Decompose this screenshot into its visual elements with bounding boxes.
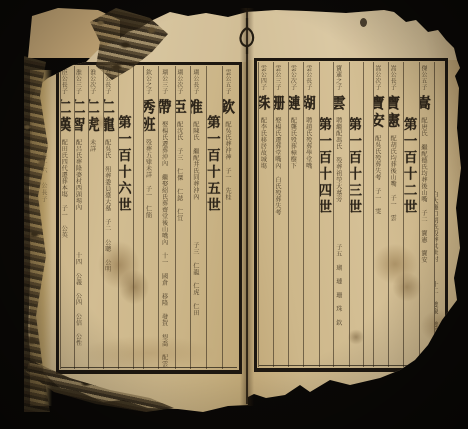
generation-header-column: 第一百十六世	[118, 66, 133, 369]
person-column: 雲公長子瑚聘趙氏殁葬學堂嘴	[303, 62, 318, 367]
person-column: 雲公次子璉配龔氏殁葬樟樹下	[288, 62, 303, 367]
biographical-annotation: 配吳氏葬沖神 子一 先桂	[224, 121, 231, 201]
person-column: 傑公五子嵩配唐氏 繼配德氏均葬後山嘴 子二 寶憲 寶安	[419, 62, 434, 367]
biographical-annotation: 配龔氏殁葬樟樹下	[289, 117, 296, 169]
parentage-label: 雲公長子	[305, 65, 312, 91]
person-column: 欽公之子秀班殁葬五殔未詳 子一 仁簡	[143, 66, 158, 369]
person-column: 臣公長子仁漢配田氏四代遷葬本塲 子一 公英	[60, 66, 74, 369]
biographical-annotation: 配唐氏 繼配德氏均葬後山嘴 子二 寶憲 寶安	[420, 117, 427, 263]
person-name: 雲	[333, 95, 346, 113]
person-name: 仁虎	[88, 99, 100, 134]
person-column: 瑚公三子帶娶楊氏遷葬沖內 繼娶紹氏葬齋堂後山嘴內 十一 國倉 移隆 發賀 望喬 …	[158, 66, 174, 369]
person-name: 仁龍	[103, 99, 116, 134]
frame-inner-rule	[61, 367, 237, 368]
person-column: 瑚公次子臣配沈氏 子三 仁傑 仁鋕 仁冝	[175, 66, 190, 369]
person-name: 嵩	[419, 95, 432, 113]
spacer-column	[133, 66, 143, 369]
parentage-label: 雲公次子	[289, 65, 296, 91]
person-name: 帶	[158, 99, 172, 117]
right-page-printed-frame: 白大廳口胡氏殁葬其世村十二 雙聚 雙受傑公五子嵩配唐氏 繼配德氏均葬後山嘴 子二…	[254, 58, 448, 372]
biographical-annotation: 配沈氏 子三 仁傑 仁鋕 仁冝	[176, 121, 183, 222]
parentage-label: 寶憲之子	[335, 65, 342, 91]
right-page-paper: 白大廳口胡氏殁葬其世村十二 雙聚 雙受傑公五子嵩配唐氏 繼配德氏均葬後山嘴 子二…	[246, 8, 462, 408]
right-page-top-margin	[246, 8, 462, 60]
person-name: 欽	[222, 99, 236, 117]
generation-header-column: 第一百十二世	[403, 62, 418, 367]
frame-inner-rule	[259, 365, 443, 366]
biographical-annotation: 配陳氏 繼配井氏同葬沖內	[192, 121, 199, 200]
person-name: 璉	[288, 95, 301, 113]
parentage-label: 淮公次子	[89, 69, 96, 95]
generation-header-text: 第一百十五世	[206, 115, 220, 214]
right-page-columns: 白大廳口胡氏殁葬其世村十二 雙聚 雙受傑公五子嵩配唐氏 繼配德氏均葬後山嘴 子二…	[258, 62, 444, 367]
generation-header-column: 第一百十三世	[349, 62, 364, 367]
edge-annotation-column: 白大廳口胡氏殁葬其世村十二 雙聚 雙受	[434, 62, 444, 367]
person-name: 仁漢	[60, 99, 72, 134]
person-column: 雲公四子珠配李氏移居故城塲	[258, 62, 273, 367]
person-name: 瑚	[303, 95, 316, 113]
biographical-annotation: 配吳氏 殂葬委員臺大墓 子二 公聰 公明	[104, 139, 111, 272]
person-name: 淮	[190, 99, 204, 117]
person-column: 淮公長子仁龍配吳氏 殂葬委員臺大墓 子二 公聰 公明	[103, 66, 118, 369]
descendants-list-annotation: 子五 瑚 璉 珊 珠 欽	[335, 244, 342, 326]
binding-wire-icon	[235, 18, 259, 54]
biographical-annotation: 配李氏移居故城塲	[259, 117, 266, 169]
parentage-label: 嵩公次子	[374, 65, 381, 91]
biographical-annotation: 聘趙氏殁葬學堂嘴	[305, 117, 312, 169]
generation-header-column: 第一百十四世	[319, 62, 334, 367]
person-name: 秀班	[143, 99, 156, 134]
biographical-annotation: 配吳氏殁葬失考 子一 雯	[374, 135, 381, 215]
person-column: 嵩公長子寶憲配胡氏均葬後山嘴 子一 雲	[388, 62, 403, 367]
biographical-annotation: 聘繼配馮氏 殁葬祖塋大墓旁	[335, 117, 342, 202]
biographical-annotation: 配田氏四代遷葬本塲 子一 公英	[60, 139, 67, 238]
person-name: 寶憲	[388, 95, 401, 130]
biographical-annotation: 殁葬五殔未詳 子一 仁簡	[144, 139, 151, 219]
left-page-paper: 雲公五子欽配吳氏葬沖神 子一 先桂第一百十五世瑚公長子淮配陳氏 繼配井氏同葬沖內…	[28, 10, 248, 414]
generation-header-text: 第一百十二世	[403, 117, 416, 216]
left-page-printed-frame: 雲公五子欽配吳氏葬沖神 子一 先桂第一百十五世瑚公長子淮配陳氏 繼配井氏同葬沖內…	[56, 62, 242, 374]
parentage-label: 瑚公三子	[161, 69, 168, 95]
descendants-list-annotation: 十四 公義 公四 公信 公性	[74, 252, 81, 346]
spacer-column	[363, 62, 373, 367]
parentage-label: 臣公長子	[60, 69, 67, 95]
person-column: 雲公三子珊娶楊氏遷葬堂嘴內 白氏殁葬失考	[273, 62, 288, 367]
descendants-list-annotation: 子三 仁龍 仁虎 仁田	[192, 242, 199, 316]
person-name: 仁智	[74, 99, 86, 134]
person-column: 淮公次子仁虎未詳	[88, 66, 102, 369]
biographical-annotation: 配胡氏均葬後山嘴 子一 雲	[389, 135, 396, 221]
parentage-label: 瑚公次子	[176, 69, 183, 95]
biographical-annotation: 娶楊氏遷葬堂嘴內 白氏殁葬失考	[274, 117, 281, 215]
person-name: 珊	[273, 95, 286, 113]
person-name: 臣	[175, 99, 188, 117]
parentage-label: 雲公四子	[259, 65, 266, 91]
parentage-label: 雲公三子	[274, 65, 281, 91]
person-column: 雲公五子欽配吳氏葬沖神 子一 先桂	[222, 66, 238, 369]
parentage-label: 欽公之子	[144, 69, 151, 95]
generation-header-text: 第一百十六世	[118, 115, 131, 214]
parentage-label: 淮公三子	[74, 69, 81, 95]
person-name: 寶安	[373, 95, 386, 130]
edge-annotation-text: 白大廳口胡氏殁葬其世村	[434, 191, 438, 263]
edge-annotation-text: 十二 雙聚 雙受	[434, 281, 438, 335]
person-column: 寶憲之子雲聘繼配馮氏 殁葬祖塋大墓旁子五 瑚 璉 珊 珠 欽	[333, 62, 348, 367]
person-column: 瑚公長子淮配陳氏 繼配井氏同葬沖內子三 仁龍 仁虎 仁田	[190, 66, 206, 369]
parentage-label: 傑公五子	[420, 65, 427, 91]
generation-header-text: 第一百十四世	[319, 117, 332, 216]
generation-header-text: 第一百十三世	[349, 117, 362, 216]
photo-of-genealogy-book: 雲公五子欽配吳氏葬沖神 子一 先桂第一百十五世瑚公長子淮配陳氏 繼配井氏同葬沖內…	[0, 0, 468, 429]
left-page-columns: 雲公五子欽配吳氏葬沖神 子一 先桂第一百十五世瑚公長子淮配陳氏 繼配井氏同葬沖內…	[60, 66, 238, 369]
biographical-annotation: 配呂氏葬隆婆村西頭埸內	[74, 139, 81, 211]
person-column: 淮公三子仁智配呂氏葬隆婆村西頭埸內十四 公義 公四 公信 公性	[74, 66, 88, 369]
person-name: 珠	[258, 95, 271, 113]
generation-header-column: 第一百十五世	[206, 66, 222, 369]
person-column: 嵩公次子寶安配吳氏殁葬失考 子一 雯	[373, 62, 388, 367]
parentage-label: 嵩公長子	[389, 65, 396, 91]
biographical-annotation: 未詳	[89, 139, 96, 152]
binding-seam-line	[246, 10, 248, 404]
parentage-label: 雲公五子	[224, 69, 231, 95]
parentage-label: 瑚公長子	[192, 69, 199, 95]
